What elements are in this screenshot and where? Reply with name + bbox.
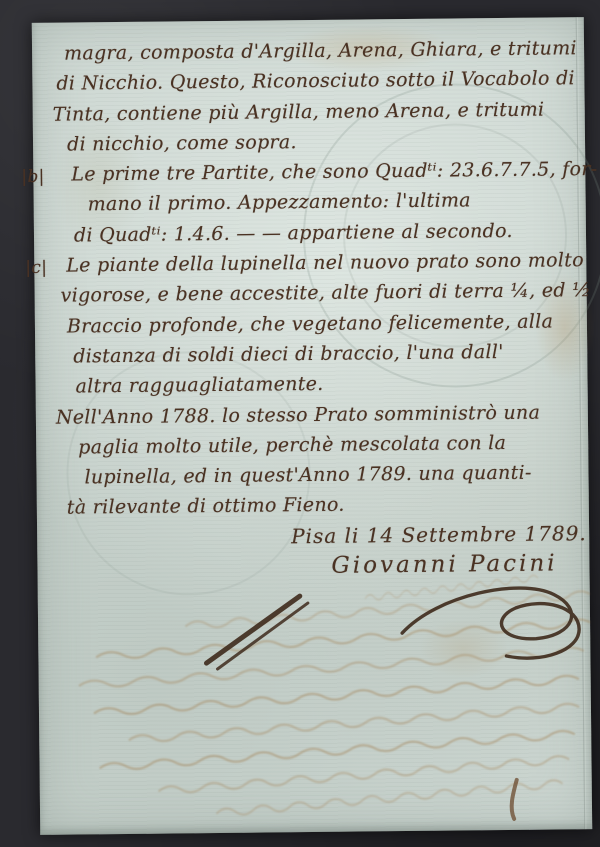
dateline: Pisa li 14 Settembre 1789. (291, 518, 581, 551)
signature: Giovanni Pacini (331, 548, 581, 585)
manuscript-line: tà rilevante di ottimo Fieno. (67, 488, 581, 524)
margin-marker-c: |c| (25, 253, 47, 284)
margin-marker-b: |b| (21, 162, 45, 193)
manuscript-text-block: magra, composta d'Argilla, Arena, Ghiara… (52, 33, 582, 588)
paper-stain (418, 618, 509, 679)
manuscript-paper: magra, composta d'Argilla, Arena, Ghiara… (32, 17, 592, 835)
